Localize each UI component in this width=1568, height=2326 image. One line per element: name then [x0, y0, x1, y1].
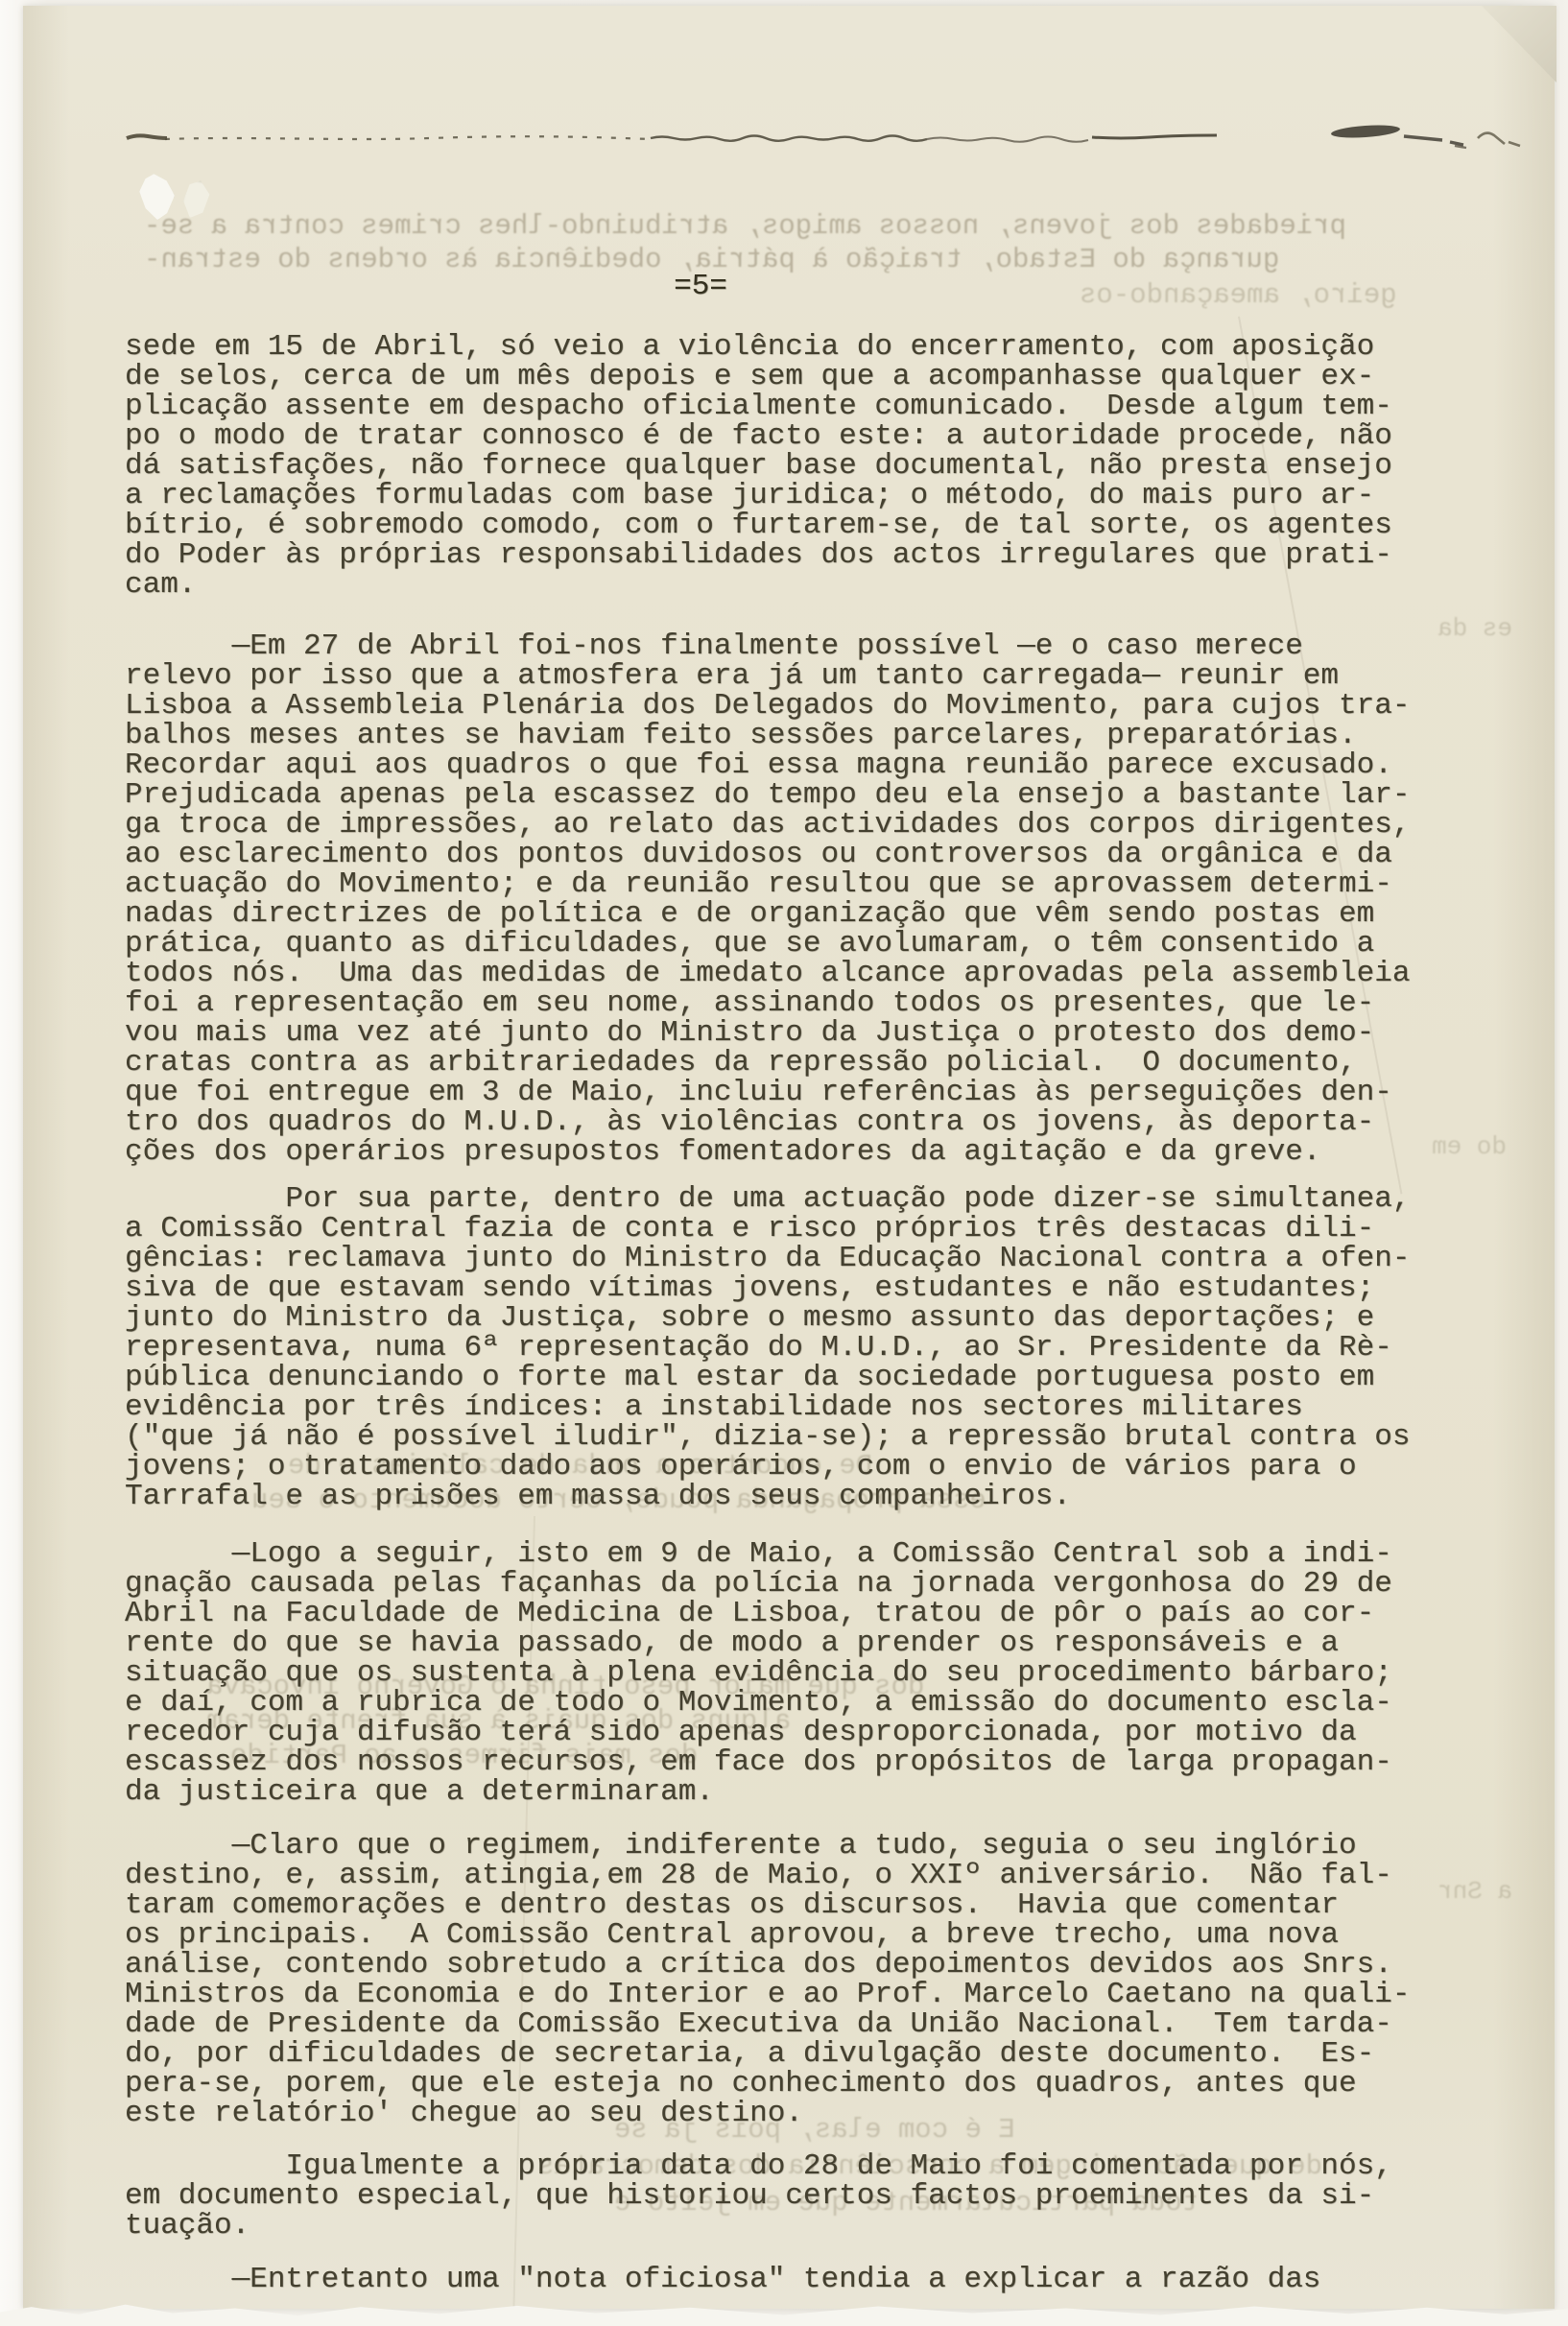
paragraph-5: —Claro que o regimem, indiferente a tudo…	[125, 1831, 1410, 2128]
scanned-document: priedades dos jovens, nossos amigos, atr…	[0, 0, 1568, 2326]
paragraph-3: Por sua parte, dentro de uma actuação po…	[125, 1184, 1410, 1511]
paragraph-1: sede em 15 de Abril, só veio a violência…	[125, 332, 1392, 600]
paragraph-2: —Em 27 de Abril foi-nos finalmente possí…	[125, 631, 1410, 1167]
paragraph-4: —Logo a seguir, isto em 9 de Maio, a Com…	[125, 1539, 1392, 1807]
bleedthrough-text: es da	[1437, 614, 1512, 644]
ink-scribble-line	[113, 117, 1476, 155]
bleedthrough-text: a Snr	[1437, 1877, 1512, 1907]
ink-mark-right	[1474, 125, 1541, 154]
page-number: =5=	[633, 272, 768, 301]
paragraph-7: —Entretanto uma "nota oficiosa" tendia a…	[125, 2265, 1320, 2294]
bleedthrough-text: geiro, ameaçando-os	[1080, 280, 1397, 310]
paragraph-6: Igualmente a própria data do 28 de Maio …	[125, 2151, 1392, 2241]
bleedthrough-text: priedades dos jovens, nossos amigos, atr…	[144, 211, 1346, 241]
bleedthrough-text: do em	[1432, 1132, 1507, 1162]
